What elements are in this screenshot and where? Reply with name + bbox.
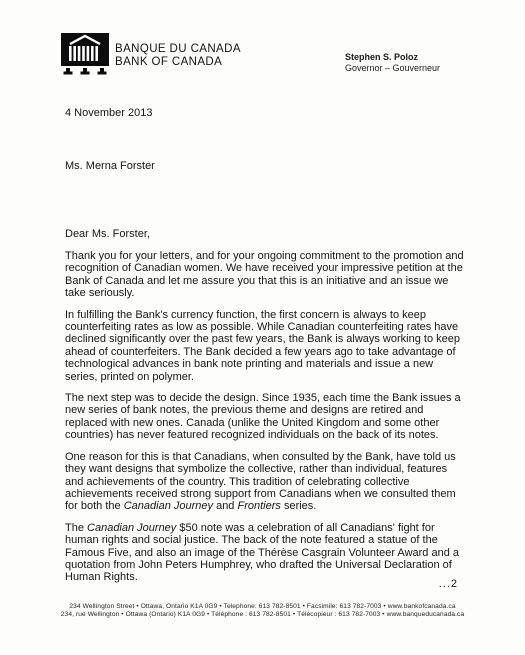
org-name: BANQUE DU CANADA BANK OF CANADA [115,43,241,69]
page-continuation-marker: ...2 [439,578,458,590]
letterhead-footer: 234 Wellington Street • Ottawa, Ontario … [0,603,525,619]
letter-paragraph: One reason for this is that Canadians, w… [65,451,467,513]
letter-paragraph: The Canadian Journey $50 note was a cele… [65,522,467,584]
footer-address-en: 234 Wellington Street • Ottawa, Ontario … [0,603,525,611]
letter-body: Thank you for your letters, and for your… [65,250,467,593]
bank-building-icon [61,33,109,75]
signatory-block: Stephen S. Poloz Governor – Gouverneur [345,52,440,73]
recipient-name: Ms. Merna Forster [65,160,155,172]
letter-date: 4 November 2013 [65,107,152,119]
letter-paragraph: The next step was to decide the design. … [65,392,467,442]
footer-address-fr: 234, rue Wellington • Ottawa (Ontario) K… [0,611,525,619]
letter-page: BANQUE DU CANADA BANK OF CANADA Stephen … [0,0,525,655]
signatory-title: Governor – Gouverneur [345,63,440,74]
org-name-en: BANK OF CANADA [115,56,241,69]
letter-paragraph: Thank you for your letters, and for your… [65,250,467,300]
salutation: Dear Ms. Forster, [65,228,150,240]
letter-paragraph: In fulfilling the Bank's currency functi… [65,309,467,383]
signatory-name: Stephen S. Poloz [345,52,440,63]
org-name-fr: BANQUE DU CANADA [115,43,241,56]
